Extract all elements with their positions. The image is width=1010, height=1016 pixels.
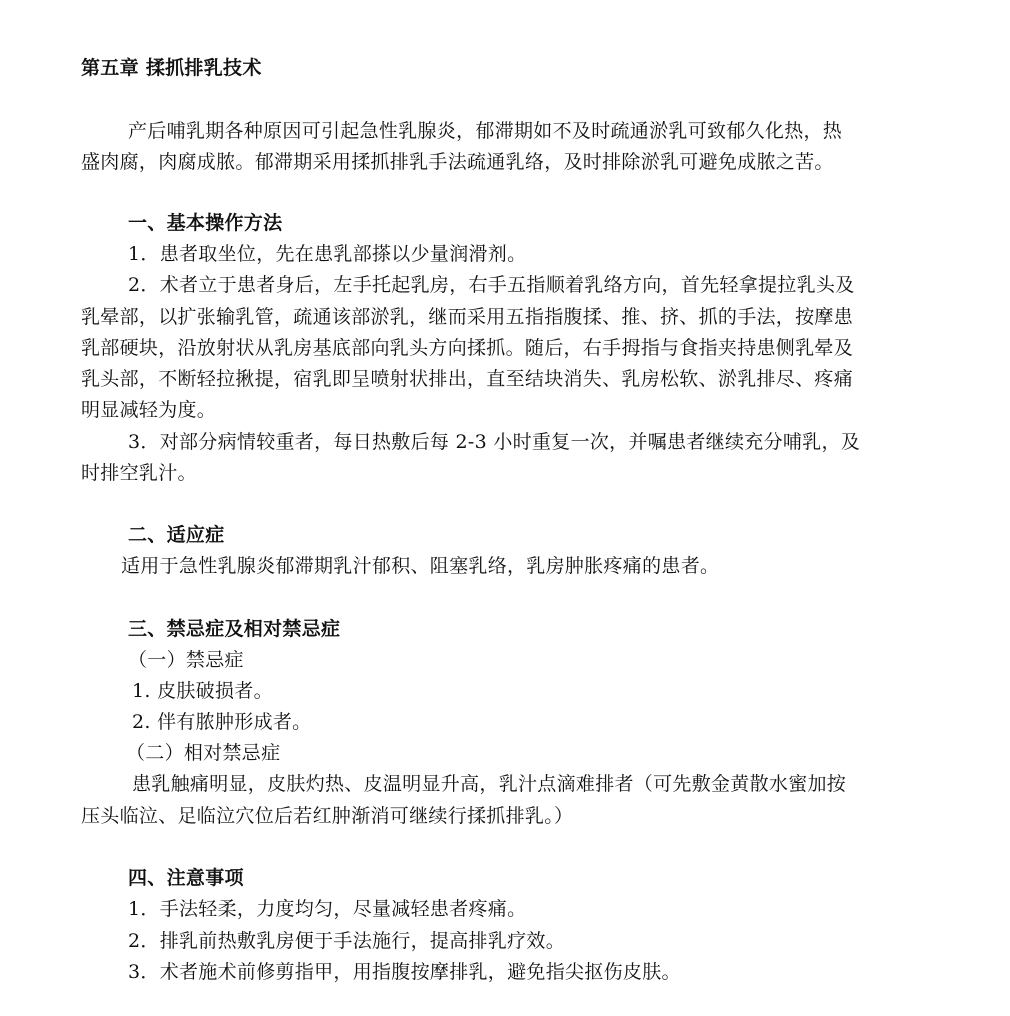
operation-line-2: 2．术者立于患者身后，左手托起乳房，右手五指顺着乳络方向，首先轻拿提拉乳头及 [128, 273, 855, 297]
relative-contraindication-line-1: 患乳触痛明显，皮肤灼热、皮温明显升高，乳汁点滴难排者（可先敷金黄散水蜜加按 [132, 772, 846, 796]
operation-line-6: 明显减轻为度。 [81, 398, 216, 422]
precaution-item-1: 1．手法轻柔，力度均匀，尽量减轻患者疼痛。 [128, 897, 526, 921]
contraindication-item-1: 1. 皮肤破损者。 [132, 679, 273, 703]
relative-contraindication-line-2: 压头临泣、足临泣穴位后若红肿渐消可继续行揉抓排乳。） [81, 804, 573, 828]
operation-line-1: 1．患者取坐位，先在患乳部搽以少量润滑剂。 [128, 242, 526, 266]
contraindication-item-2: 2. 伴有脓肿形成者。 [132, 710, 311, 734]
indications-text: 适用于急性乳腺炎郁滞期乳汁郁积、阻塞乳络，乳房肿胀疼痛的患者。 [121, 554, 719, 578]
operation-line-7: 3．对部分病情较重者，每日热敷后每 2-3 小时重复一次，并嘱患者继续充分哺乳，… [128, 430, 860, 454]
contraindications-sub-2: （二）相对禁忌症 [126, 741, 280, 765]
chapter-title: 第五章 揉抓排乳技术 [81, 56, 262, 80]
precaution-item-3: 3．术者施术前修剪指甲，用指腹按摩排乳，避免指尖抠伤皮肤。 [128, 960, 681, 984]
section-heading-operation: 一、基本操作方法 [128, 211, 282, 235]
intro-line-1: 产后哺乳期各种原因可引起急性乳腺炎，郁滞期如不及时疏通淤乳可致郁久化热，热 [128, 119, 842, 143]
contraindications-sub-1: （一）禁忌症 [128, 648, 244, 672]
section-heading-indications: 二、适应症 [128, 523, 225, 547]
operation-line-5: 乳头部，不断轻拉揪提，宿乳即呈喷射状排出，直至结块消失、乳房松软、淤乳排尽、疼痛 [81, 367, 853, 391]
operation-line-3: 乳晕部，以扩张输乳管，疏通该部淤乳，继而采用五指指腹揉、推、挤、抓的手法，按摩患 [81, 305, 853, 329]
section-heading-contraindications: 三、禁忌症及相对禁忌症 [128, 617, 340, 641]
intro-line-2: 盛肉腐，肉腐成脓。郁滞期采用揉抓排乳手法疏通乳络，及时排除淤乳可避免成脓之苦。 [81, 150, 834, 174]
operation-line-8: 时排空乳汁。 [81, 461, 197, 485]
operation-line-4: 乳部硬块，沿放射状从乳房基底部向乳头方向揉抓。随后，右手拇指与食指夹持患侧乳晕及 [81, 336, 853, 360]
section-heading-precautions: 四、注意事项 [128, 866, 244, 890]
precaution-item-2: 2．排乳前热敷乳房便于手法施行，提高排乳疗效。 [128, 929, 565, 953]
